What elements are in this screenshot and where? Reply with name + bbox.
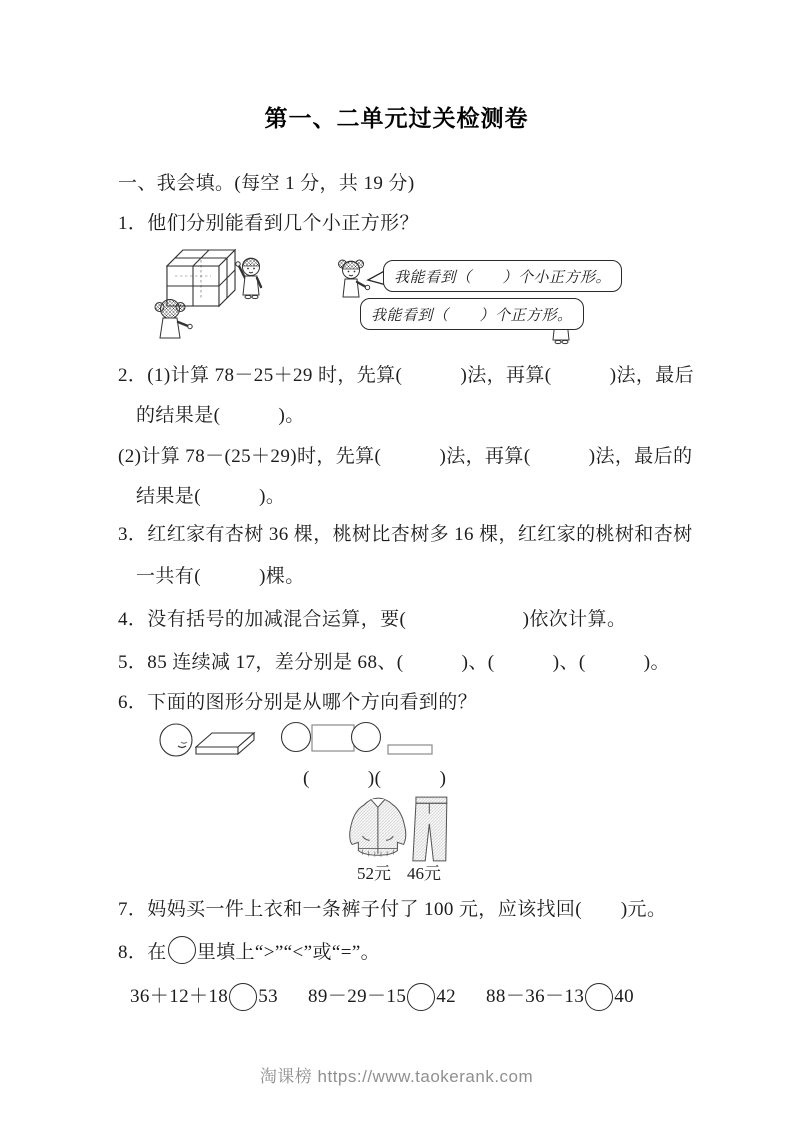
comparison-left: 36＋12＋18 [130, 981, 228, 1008]
page-title: 第一、二单元过关检测卷 [0, 100, 793, 133]
jacket-price-label: 52元 [357, 859, 391, 884]
comparison-right: 42 [436, 986, 456, 1008]
views-drawing [0, 713, 793, 765]
thin-rectangle-shape [388, 745, 432, 754]
comparison-item: 89－29－15 42 [308, 974, 456, 1008]
jacket-and-pants-drawing [345, 793, 455, 865]
comparison-item: 88－36－13 40 [486, 974, 634, 1008]
circle-shape [282, 723, 311, 752]
worksheet-page: { "title": "第一、二单元过关检测卷", "section": { "… [0, 0, 793, 1122]
compare-circle-icon [585, 983, 613, 1011]
ball-shape [160, 724, 192, 756]
question-8-comparisons: 36＋12＋18 53 89－29－15 42 88－36－13 40 [130, 974, 634, 1008]
comparison-left: 89－29－15 [308, 981, 406, 1008]
comparison-right: 40 [614, 986, 634, 1008]
question-3-line1: 3．红红家有杏树 36 棵，桃树比杏树多 16 棵，红红家的桃树和杏树 [118, 519, 693, 546]
circle-shape-2 [352, 723, 381, 752]
clothes-illustration: 52元 46元 [345, 793, 465, 885]
slab-shape [196, 733, 254, 754]
question-1-illustration: 我能看到（ ）个小正方形。 我能看到（ ）个正方形。 [0, 240, 793, 362]
question-2-part2-line1: (2)计算 78－(25＋29)时，先算( )法，再算( )法，最后的 [118, 441, 692, 468]
comparison-item: 36＋12＋18 53 [130, 974, 278, 1008]
compare-circle-icon [229, 983, 257, 1011]
question-8-prefix: 8．在 [118, 937, 167, 964]
speech-bubble-squares: 我能看到（ ）个正方形。 [360, 298, 584, 330]
question-5-text: 5．85 连续减 17，差分别是 68、( )、( )、( )。 [118, 647, 670, 674]
question-2-part1-line2: 的结果是( )。 [136, 400, 305, 427]
rectangle-shape [312, 725, 354, 751]
compare-circle-icon [168, 936, 196, 964]
question-1-text: 1．他们分别能看到几个小正方形？ [118, 208, 419, 235]
girl-figure [339, 260, 370, 297]
question-2-part2-line2: 结果是( )。 [136, 481, 285, 508]
footer-watermark: 淘课榜 https://www.taokerank.com [0, 1062, 793, 1087]
compare-circle-icon [407, 983, 435, 1011]
jacket-drawing [350, 798, 406, 857]
question-2-part1-line1: 2．(1)计算 78－25＋29 时，先算( )法，再算( )法，最后 [118, 360, 694, 387]
pants-drawing [413, 797, 447, 861]
comparison-right: 53 [258, 986, 278, 1008]
speech-bubble-small-squares: 我能看到（ ）个小正方形。 [383, 260, 622, 292]
question-7-text: 7．妈妈买一件上衣和一条裤子付了 100 元，应该找回( )元。 [118, 894, 666, 921]
cube-drawing [167, 250, 235, 306]
comparison-left: 88－36－13 [486, 981, 584, 1008]
question-8-suffix: 里填上“>”“<”或“=”。 [197, 937, 380, 964]
question-6-answer-blanks: ( )( ) [303, 763, 446, 790]
section-heading: 一、我会填。(每空 1 分，共 19 分) [118, 168, 415, 195]
boy-figure [236, 258, 261, 299]
question-4-text: 4．没有括号的加减混合运算，要( )依次计算。 [118, 604, 626, 631]
question-8-intro: 8．在 里填上“>”“<”或“=”。 [118, 930, 380, 964]
question-3-line2: 一共有( )棵。 [136, 561, 305, 588]
question-6-text: 6．下面的图形分别是从哪个方向看到的？ [118, 687, 477, 714]
pants-price-label: 46元 [407, 859, 441, 884]
question-6-shapes [0, 713, 793, 765]
